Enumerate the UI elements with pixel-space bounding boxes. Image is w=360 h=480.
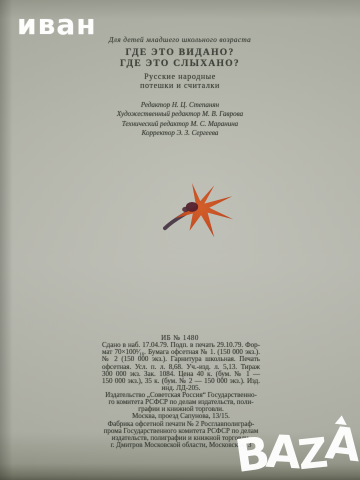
credit-art-editor: Художественный редактор М. В. Гаврова <box>0 110 360 119</box>
publisher-address-line: Москва, проезд Сапунова, 13/15. <box>85 413 277 420</box>
bazar-marketplace-watermark: BAZAR <box>234 424 360 480</box>
book-page-photo: иван Для детей младшего школьного возрас… <box>0 0 360 480</box>
publisher-block: Издательство „Советская Россия“ Государс… <box>85 392 277 420</box>
credits-block: Редактор Н. Ц. Степанян Художественный р… <box>0 101 360 139</box>
credit-proofreader: Корректор Э. З. Сергеева <box>0 129 360 138</box>
audience-line: Для детей младшего школьного возраста <box>0 36 360 44</box>
credit-editor: Редактор Н. Ц. Степанян <box>0 101 360 110</box>
book-subtitle-line2: потешки и считалки <box>0 81 360 90</box>
red-flower-illustration-icon <box>160 181 238 241</box>
book-title-line1: ГДЕ ЭТО ВИДАНО? <box>0 48 360 58</box>
book-title-line2: ГДЕ ЭТО СЛЫХАНО? <box>0 59 360 69</box>
bazar-watermark-text: BAZAR <box>234 424 360 480</box>
credit-tech-editor: Технический редактор М. С. Маранина <box>0 120 360 129</box>
book-subtitle-line1: Русские народные <box>0 72 360 81</box>
imprint-block: Сдано в наб. 17.04.79. Подп. в печать 29… <box>102 342 260 392</box>
